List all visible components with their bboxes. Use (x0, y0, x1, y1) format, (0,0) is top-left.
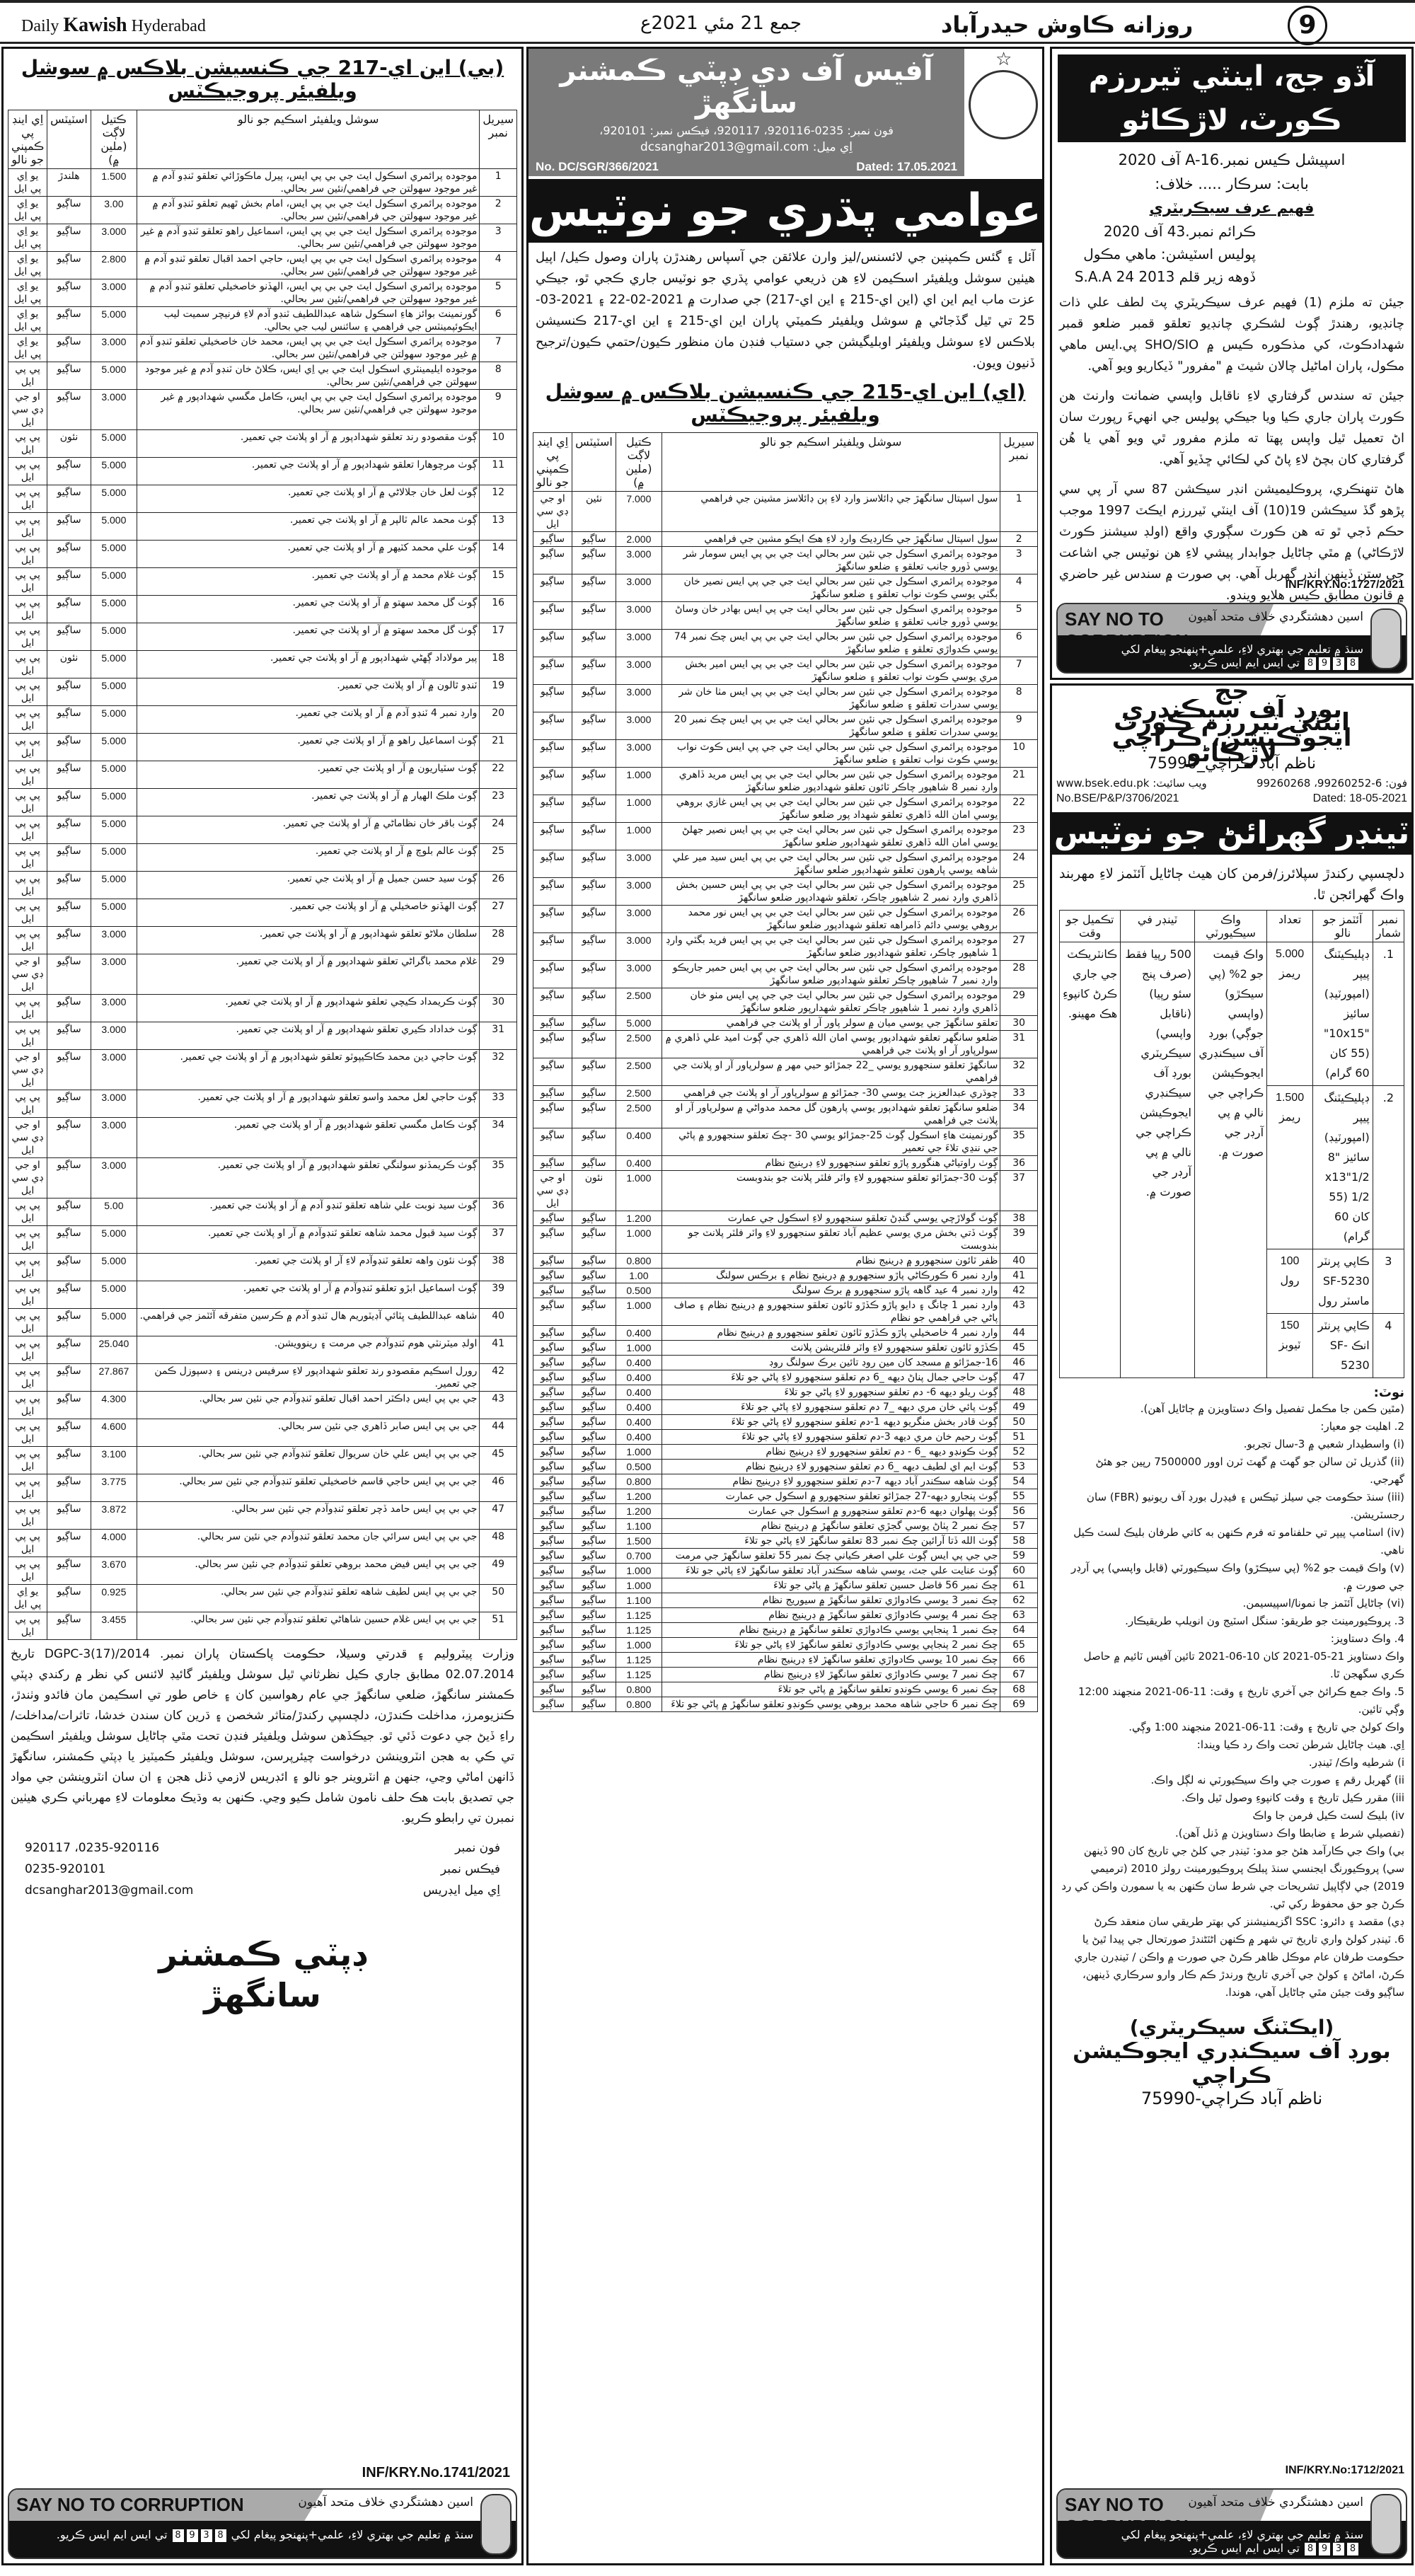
status-cell: ساڳيو (47, 307, 91, 335)
cost-cell: 0.400 (616, 1156, 662, 1171)
quantity-cell: 1.500 ريمز (1267, 1086, 1313, 1249)
serial-cell: 9 (1000, 712, 1038, 740)
company-cell: پي پي ايل (8, 430, 47, 458)
table-header-cell: اِي اينڊ پي ڪمپني جو نالو (533, 433, 572, 492)
table-row: 31ڳوٺ خداداد ڪيري تعلقو شهدادپور ۾ آر او… (8, 1022, 517, 1050)
scheme-name-cell: ضلعو سانگهر تعلقو شهدادپور يوسي امان الل… (662, 1031, 1000, 1058)
status-cell: ساڳيو (47, 390, 91, 430)
status-cell: ساڳيو (47, 1585, 91, 1612)
company-cell: پي پي ايل (8, 844, 47, 872)
cost-cell: 3.100 (91, 1447, 137, 1474)
note-line: iii) مقرر ڪيل تاريخ ۽ وقت کانپوءِ وصول ٿ… (1059, 1789, 1404, 1807)
scheme-name-cell: موجوده پرائمري اسڪول جي نئين سر بحالي اي… (662, 574, 1000, 602)
table-row: 36ڳوٺ سيد نوبت علي شاهه تعلقو ٽنڊو آدم ۾… (8, 1199, 517, 1226)
company-cell: ساڳيو (533, 768, 572, 795)
table-row: 65چڪ نمبر 2 پنجاپي يوسي ڪادواڙي تعلقو سا… (533, 1638, 1038, 1653)
serial-cell: 50 (1000, 1415, 1038, 1430)
cost-cell: 0.400 (616, 1430, 662, 1445)
sms-code-box: 8398 (172, 2529, 227, 2543)
table-row: 61چڪ نمبر 56 فاضل حسين تعلقو سانگهڙ ۾ پا… (533, 1578, 1038, 1593)
company-cell: پي پي ايل (8, 541, 47, 568)
bsek-website-link[interactable]: ويب سائيٽ: www.bsek.edu.pk (1056, 777, 1207, 790)
scheme-name-cell: ضلعو سانگهڙ تعلقو شهدادپور يوسي پارهون گ… (662, 1101, 1000, 1128)
tender-table-wrap: نمبر شمارآئٽمز جو نالوتعدادواڪ سيڪيورٽيٽ… (1052, 910, 1411, 1378)
table-header-cell: سيريل نمبر (1000, 433, 1038, 492)
cost-cell: 7.000 (616, 492, 662, 532)
note-line: i) شرطيه واڪ/ ٽينڊر. (1059, 1754, 1404, 1772)
status-cell: ساڳيو (572, 1370, 616, 1385)
scheme-name-cell: ڳوٺ خداداد ڪيري تعلقو شهدادپور ۾ آر او پ… (137, 1022, 480, 1050)
cost-cell: 5.000 (91, 678, 137, 706)
table-row: 40ظفر ٽائون سنجهورو ۾ ڊرينيج نظام0.800سا… (533, 1254, 1038, 1269)
status-cell: ساڳيو (572, 630, 616, 657)
status-cell: ساڳيو (47, 872, 91, 899)
serial-cell: 4 (480, 252, 517, 279)
status-cell: ساڳيو (572, 657, 616, 685)
status-cell: نئون (47, 651, 91, 678)
table-row: 5موجوده پرائمري اسڪول ايٽ جي بي پي ايس، … (8, 279, 517, 307)
company-cell: پي پي ايل (8, 1022, 47, 1050)
scheme-name-cell: موجوده پرائمري اسڪول جي نئين سر بحالي اي… (662, 768, 1000, 795)
table-row: 50جي بي پي ايس لطيف شاهه تعلقو ٽنڊوآدم ج… (8, 1585, 517, 1612)
status-cell: ساڳيو (572, 1400, 616, 1415)
table-row: 6موجوده پرائمري اسڪول جي نئين سر بحالي ا… (533, 630, 1038, 657)
status-cell: ساڳيو (572, 795, 616, 823)
company-cell: پي پي ايل (8, 761, 47, 789)
cost-cell: 3.000 (616, 657, 662, 685)
scheme-name-cell: چڪ نمبر 2 پٺاڻ يوسي گجڙي تعلقو سانگهڙ ۾ … (662, 1519, 1000, 1534)
cost-cell: 1.000 (616, 1578, 662, 1593)
scheme-name-cell: ڳوٺ گولاڙچي يوسي گنڊڻ تعلقو سنجهورو لاءِ… (662, 1211, 1000, 1226)
scheme-name-cell: ڳوٺ الهڏنو خاصخيلي ۾ آر او پلانٽ جي تعمي… (137, 899, 480, 927)
table-row: 7موجوده پرائمري اسڪول ايٽ جي بي پي ايس، … (8, 335, 517, 362)
company-cell: ساڳيو (533, 1682, 572, 1697)
cost-cell: 1.000 (616, 1445, 662, 1460)
serial-cell: 65 (1000, 1638, 1038, 1653)
note-line: 3. پروڪيورمينٽ جو طريقو: سنگل اسٽيج ون ا… (1059, 1612, 1404, 1630)
table-row: 41اولڊ ميٽرنٽي هوم ٽنڊوآدم جي مرمت ۽ رين… (8, 1336, 517, 1364)
table-row: 27ڳوٺ الهڏنو خاصخيلي ۾ آر او پلانٽ جي تع… (8, 899, 517, 927)
item-name-cell: ڪاپي پرنٽر انڪ SF-5230 (1313, 1314, 1373, 1378)
status-cell: ساڳيو (572, 1101, 616, 1128)
scheme-name-cell: ڳوٺ پهلوان ديهه 6-دم تعلقو سنجهورو ۾ اسڪ… (662, 1504, 1000, 1519)
cost-cell: 3.000 (91, 995, 137, 1022)
status-cell: ساڳيو (47, 1447, 91, 1474)
serial-cell: 45 (1000, 1341, 1038, 1356)
status-cell: ساڳيو (572, 532, 616, 547)
table-row: 9موجوده پرائمري اسڪول ايٽ جي بي پي ايس، … (8, 390, 517, 430)
serial-cell: 48 (1000, 1385, 1038, 1400)
status-cell: ساڳيو (572, 1519, 616, 1534)
table-row: 57چڪ نمبر 2 پٺاڻ يوسي گجڙي تعلقو سانگهڙ … (533, 1519, 1038, 1534)
company-cell: ساڳيو (533, 1226, 572, 1254)
serial-cell: 42 (480, 1364, 517, 1392)
cost-cell: 0.500 (616, 1460, 662, 1474)
table-row: 4موجوده پرائمري اسڪول جي نئين سر بحالي ا… (533, 574, 1038, 602)
serial-cell: 12 (480, 485, 517, 513)
issue-date: جمع 21 مئي 2021ع (640, 13, 802, 34)
cost-cell: 3.000 (91, 390, 137, 430)
section-a-table: سيريل نمبرسوشل ويلفيئر اسڪيم جو نالوڪتيل… (533, 432, 1038, 1712)
company-cell: پي پي ايل (8, 596, 47, 623)
cost-cell: 27.867 (91, 1364, 137, 1392)
table-row: 38ڳوٺ گولاڙچي يوسي گنڊڻ تعلقو سنجهورو لا… (533, 1211, 1038, 1226)
scheme-name-cell: جي بي پي ايس حاجي قاسم خاصخيلي تعلقو ٽنڊ… (137, 1474, 480, 1502)
table-row: 47جي بي پي ايس حامد ڏچر تعلقو ٽنڊوآدم جي… (8, 1502, 517, 1530)
table-row: 30ڳوٺ ڪريمداد ڪيچي تعلقو شهدادپور ۾ آر ا… (8, 995, 517, 1022)
company-cell: ساڳيو (533, 532, 572, 547)
serial-cell: 4 (1000, 574, 1038, 602)
status-cell: ساڳيو (47, 335, 91, 362)
table-row: 44وارڊ نمبر 4 خاصخيلي پاڙو ڪڏڙو ٽائون تع… (533, 1326, 1038, 1341)
cost-cell: 3.000 (616, 740, 662, 768)
cost-cell: 5.000 (91, 458, 137, 485)
cost-cell: 2.500 (616, 1101, 662, 1128)
serial-cell: 6 (1000, 630, 1038, 657)
scheme-name-cell: ڳوٺ رحيم خان مري ديهه 3-دم تعلقو سنجهورو… (662, 1430, 1000, 1445)
banner-sms-text-pre: سنڌ ۾ تعليم جي بهتري لاءِ، علمي+پنهنجو پ… (1121, 642, 1363, 656)
table-header-cell: ڪتيل لاڳت (ملين ۾) (91, 110, 137, 169)
status-cell: ساڳيو (572, 1638, 616, 1653)
note-line: 6. ٽينڊر کولڻ واري تاريخ تي شهر ۾ ڪنهن ا… (1059, 1931, 1404, 2002)
section-b-table-wrap: سيريل نمبرسوشل ويلفيئر اسڪيم جو نالوڪتيل… (4, 110, 521, 1640)
table-row: 49جي بي پي ايس فيض محمد بروهي تعلقو ٽنڊو… (8, 1557, 517, 1585)
contact-label: فيڪس نمبر (441, 1859, 500, 1880)
sms-digit: 8 (1346, 2542, 1359, 2556)
table-row: 33چوڌري عبدالعزيز جٽ يوسي 30- جمڙائو ۾ س… (533, 1086, 1038, 1101)
status-cell: ساڳيو (572, 1445, 616, 1460)
scheme-name-cell: ڳوٺ گل محمد سهتو ۾ آر او پلانٽ جي تعمير. (137, 623, 480, 651)
table-row: 69چڪ نمبر 6 حاجي شاهه محمد بروهي يوسي ڪو… (533, 1697, 1038, 1712)
scheme-name-cell: چوڌري عبدالعزيز جٽ يوسي 30- جمڙائو ۾ سول… (662, 1086, 1000, 1101)
contact-list: فون نمبر0235-920116، 920117فيڪس نمبر0235… (4, 1833, 521, 1905)
company-cell: پي پي ايل (8, 1090, 47, 1118)
banner-sms-text-pre: سنڌ ۾ تعليم جي بهتري لاءِ، علمي+پنهنجو پ… (1121, 2528, 1363, 2541)
serial-cell: 46 (1000, 1356, 1038, 1370)
dc-inf-no: INF/KRY.No.1741/2021 (355, 2462, 517, 2484)
table-row: 41وارڊ نمبر 6 ڪورڪاڻي پاڙو سنجهورو ۾ ڊري… (533, 1269, 1038, 1283)
serial-cell: 45 (480, 1447, 517, 1474)
banner-sindhi-slogan: اسين دهشتگردي خلاف متحد آهيون (1188, 610, 1363, 624)
dc-header: آفيس آف دي ڊپٽي ڪمشنر سانگهڙ فون نمبر: 0… (529, 49, 1042, 176)
cost-cell: 3.000 (91, 1118, 137, 1158)
status-cell: ساڳيو (572, 1460, 616, 1474)
serial-cell: 53 (1000, 1460, 1038, 1474)
cost-cell: 5.000 (91, 706, 137, 734)
serial-cell: 44 (480, 1419, 517, 1447)
table-row: 42رورل اسڪيم مقصودو رند تعلقو شهدادپور ل… (8, 1364, 517, 1392)
serial-cell: 38 (480, 1254, 517, 1281)
company-cell: پي پي ايل (8, 927, 47, 954)
cost-cell: 3.000 (616, 547, 662, 574)
sindhi-title: روزانه ڪاوش حيدرآباد (941, 11, 1193, 38)
status-cell: ساڳيو (47, 954, 91, 995)
note-line: 5. واڪ جمع ڪرائڻ جي آخري تاريخ ۽ وقت: 11… (1059, 1683, 1404, 1719)
scheme-name-cell: گورنمينٽ هاءِ اسڪول ڳوٺ 25-جمڙائو يوسي 3… (662, 1128, 1000, 1156)
company-cell: ساڳيو (533, 712, 572, 740)
cost-cell: 1.200 (616, 1489, 662, 1504)
company-cell: او جي ڊي سي ايل (8, 1118, 47, 1158)
sms-digit: 3 (1332, 2542, 1345, 2556)
note-line: 2. اهليت جو معيار: (1059, 1418, 1404, 1436)
serial-cell: 30 (480, 995, 517, 1022)
cost-cell: 1.000 (616, 795, 662, 823)
status-cell: ساڳيو (572, 712, 616, 740)
table-header-cell: سيريل نمبر (480, 110, 517, 169)
cost-cell: 1.125 (616, 1608, 662, 1623)
table-row: 29غلام محمد باگراڻي تعلقو شهدادپور ۾ آر … (8, 954, 517, 995)
table-row: 59جي جي پي ايس ڳوٺ علي اصغر ڪياني چڪ نمب… (533, 1549, 1038, 1564)
serial-cell: 34 (1000, 1101, 1038, 1128)
company-cell: پي پي ايل (8, 1309, 47, 1336)
scheme-name-cell: وارڊ نمبر 4 خاصخيلي پاڙو ڪڏڙو ٽائون تعلق… (662, 1326, 1000, 1341)
company-cell: ساڳيو (533, 1326, 572, 1341)
quantity-cell: 100 رول (1267, 1249, 1313, 1314)
table-row: 13ڳوٺ محمد عالم ٽالپر ۾ آر او پلانٽ جي ت… (8, 513, 517, 541)
cost-cell: 4.300 (91, 1392, 137, 1419)
company-cell: پي پي ايل (8, 1226, 47, 1254)
serial-cell: 24 (480, 816, 517, 844)
cost-cell: 1.200 (616, 1504, 662, 1519)
scheme-name-cell: ڳوٺ الله ڏتا آرائين چڪ نمبر 83 تعلقو سان… (662, 1534, 1000, 1549)
table-row: 37ڳوٺ سيد قبول محمد شاهه تعلقو ٽنڊوآدم ۾… (8, 1226, 517, 1254)
serial-cell: 52 (1000, 1445, 1038, 1460)
cost-cell: 5.000 (91, 362, 137, 390)
cost-cell: 25.040 (91, 1336, 137, 1364)
scheme-name-cell: ڳوٺ نئون واهه تعلقو ٽنڊوآدم لاءِ آر او پ… (137, 1254, 480, 1281)
table-header-cell: تڪميل جو وقت (1060, 911, 1121, 942)
scheme-name-cell: موجوده پرائمري اسڪول جي نئين سر بحالي اي… (662, 547, 1000, 574)
company-cell: پي پي ايل (8, 872, 47, 899)
table-header-cell: نمبر شمار (1373, 911, 1404, 942)
table-row: 1.ڊپليڪيٽنگ پيپر (امپورٽيڊ) سائيز "10x15… (1060, 942, 1404, 1086)
company-cell: ساڳيو (533, 1400, 572, 1415)
scheme-name-cell: ڳوٺ سيد قبول محمد شاهه تعلقو ٽنڊوآدم ۾ آ… (137, 1226, 480, 1254)
status-cell: ساڳيو (572, 1269, 616, 1283)
serial-cell: 43 (1000, 1298, 1038, 1326)
cost-cell: 0.800 (616, 1254, 662, 1269)
cost-cell: 3.872 (91, 1502, 137, 1530)
serial-cell: 48 (480, 1530, 517, 1557)
sms-digit: 8 (1304, 657, 1317, 671)
status-cell: ساڳيو (47, 1199, 91, 1226)
table-row: 2سول اسپتال سانگهڙ جي ڪارڊيڪ وارڊ لاءِ ه… (533, 532, 1038, 547)
status-cell: ساڳيو (47, 706, 91, 734)
table-row: 45جي بي پي ايس علي خان سريوال تعلقو ٽنڊو… (8, 1447, 517, 1474)
scheme-name-cell: وارڊ نمبر 4 عيد گاهه پاڙو سنجهورو ۾ برڪ … (662, 1283, 1000, 1298)
cost-cell: 3.000 (91, 954, 137, 995)
court-crime-block: ڪرائم نمبر.43 آف 2020 پوليس اسٽيشن: ماهي… (1052, 220, 1411, 288)
cost-cell: 0.700 (616, 1549, 662, 1564)
serial-cell: 33 (480, 1090, 517, 1118)
status-cell: ساڳيو (572, 1016, 616, 1031)
serial-cell: 29 (480, 954, 517, 995)
cost-cell: 5.000 (91, 872, 137, 899)
say-no-to-corruption-banner: SAY NO TO CORRUPTIONاسين دهشتگردي خلاف م… (1056, 603, 1407, 674)
cost-cell: 3.000 (91, 1090, 137, 1118)
cost-cell: 3.000 (616, 574, 662, 602)
table-row: 53ڳوٺ ايم اي لطيف ديهه _6 دم تعلقو سنجهو… (533, 1460, 1038, 1474)
table-row: 34ڳوٺ ڪامل مگسي تعلقو شهدادپور ۾ آر او پ… (8, 1118, 517, 1158)
cost-cell: 1.100 (616, 1519, 662, 1534)
note-line: (مٿين ڪمن جا مڪمل تفصيل واڪ دستاويزن ۾ ڄ… (1059, 1400, 1404, 1418)
company-cell: پي پي ايل (8, 651, 47, 678)
dc-notice-main: آفيس آف دي ڊپٽي ڪمشنر سانگهڙ فون نمبر: 0… (526, 47, 1044, 2565)
serial-cell: 40 (480, 1309, 517, 1336)
company-cell: پي پي ايل (8, 1502, 47, 1530)
serial-cell: 44 (1000, 1326, 1038, 1341)
status-cell: ساڳيو (572, 961, 616, 988)
cost-cell: 0.925 (91, 1585, 137, 1612)
status-cell: ساڳيو (572, 1593, 616, 1608)
serial-cell: 21 (480, 734, 517, 761)
serial-cell: 22 (1000, 795, 1038, 823)
company-cell: پي پي ايل (8, 706, 47, 734)
cost-cell: 3.000 (91, 1158, 137, 1199)
table-row: 8موجوده ايليمينٽري اسڪول ايٽ جي بي اِي ا… (8, 362, 517, 390)
scheme-name-cell: موجوده پرائمري اسڪول جي نئين سر بحالي اي… (662, 657, 1000, 685)
company-cell: پي پي ايل (8, 1281, 47, 1309)
serial-cell: 34 (480, 1118, 517, 1158)
table-row: 51ڳوٺ رحيم خان مري ديهه 3-دم تعلقو سنجهو… (533, 1430, 1038, 1445)
cost-cell: 1.100 (616, 1593, 662, 1608)
table-row: 36ڳوٺ راوتياڻي هنگورو پاڙو تعلقو سنجهورو… (533, 1156, 1038, 1171)
table-row: 68چڪ نمبر 6 يوسي ڪونڊو تعلقو سانگهڙ ۾ پا… (533, 1682, 1038, 1697)
company-cell: ساڳيو (533, 1058, 572, 1086)
serial-cell: 60 (1000, 1564, 1038, 1578)
company-cell: پي پي ايل (8, 1474, 47, 1502)
company-cell: ساڳيو (533, 1578, 572, 1593)
tender-table: نمبر شمارآئٽمز جو نالوتعدادواڪ سيڪيورٽيٽ… (1059, 910, 1404, 1378)
cost-cell: 5.000 (91, 789, 137, 816)
serial-cell: 43 (480, 1392, 517, 1419)
serial-cell: 54 (1000, 1474, 1038, 1489)
company-cell: پي پي ايل (8, 458, 47, 485)
banner-top: SAY NO TO CORRUPTIONاسين دهشتگردي خلاف م… (1058, 2490, 1406, 2521)
sms-digit: 9 (1318, 657, 1331, 671)
company-cell: پي پي ايل (8, 485, 47, 513)
serial-cell: 14 (480, 541, 517, 568)
scheme-name-cell: موجوده پرائمري اسڪول جي نئين سر بحالي اي… (662, 712, 1000, 740)
serial-cell: 7 (1000, 657, 1038, 685)
serial-cell: 32 (480, 1050, 517, 1090)
scheme-name-cell: چڪ نمبر 6 حاجي شاهه محمد بروهي يوسي ڪونڊ… (662, 1697, 1000, 1712)
status-cell: ساڳيو (47, 1254, 91, 1281)
sms-digit: 3 (200, 2529, 213, 2543)
court-notice: آڏو جج، اينٽي ٽيررزم ڪورٽ، لاڙڪاڻو اسپيش… (1050, 47, 1414, 680)
status-cell: ساڳيو (572, 823, 616, 850)
table-row: 30تعلقو سانگهڙ جي يوسي ميان ۾ سولر پاور … (533, 1016, 1038, 1031)
cost-cell: 2.500 (616, 1031, 662, 1058)
cost-cell: 1.000 (616, 1341, 662, 1356)
table-row: 17ڳوٺ گل محمد سهتو ۾ آر او پلانٽ جي تعمي… (8, 623, 517, 651)
banner-sms-text-post: تي ايس ايم ايس ڪريو. (1189, 656, 1300, 669)
serial-cell: 47 (480, 1502, 517, 1530)
table-row: 67چڪ نمبر 7 يوسي ڪادواڙي تعلقو سانگهڙ لا… (533, 1668, 1038, 1682)
company-cell: ساڳيو (533, 740, 572, 768)
table-row: 24ڳوٺ باقر خان نظاماڻي ۾ آر او پلانٽ جي … (8, 816, 517, 844)
status-cell: ساڳيو (572, 1415, 616, 1430)
dc-ref-no: No. DC/SGR/366/2021 (536, 160, 659, 174)
cost-cell: 5.000 (91, 430, 137, 458)
scheme-name-cell: رورل اسڪيم مقصودو رند تعلقو شهدادپور لاء… (137, 1364, 480, 1392)
cost-cell: 5.000 (616, 1016, 662, 1031)
cost-cell: 1.200 (616, 1211, 662, 1226)
banner-english-text: SAY NO TO CORRUPTION (9, 2490, 323, 2521)
table-header-cell: تعداد (1267, 911, 1313, 942)
company-cell: ساڳيو (533, 1549, 572, 1564)
serial-cell: 66 (1000, 1653, 1038, 1668)
table-row: 51جي بي پي ايس غلام حسين شاهاڻي تعلقو ٽن… (8, 1612, 517, 1640)
court-paragraph: جيئن ته ملزم (1) فهيم عرف سيڪريٽري پٽ لط… (1052, 288, 1411, 381)
status-cell: ساڳيو (47, 485, 91, 513)
serial-cell: 33 (1000, 1086, 1038, 1101)
scheme-name-cell: ڳوٺ علي محمد کٽيهر ۾ آر او پلانٽ جي تعمي… (137, 541, 480, 568)
serial-cell: 41 (480, 1336, 517, 1364)
table-row: 43جي بي پي ايس ڊاڪٽر احمد اقبال تعلقو ٽن… (8, 1392, 517, 1419)
status-cell: ساڳيو (572, 602, 616, 630)
scheme-name-cell: گورنمينٽ بوائز هاءِ اسڪول شاهه عبداللطيف… (137, 307, 480, 335)
scheme-name-cell: موجوده پرائمري اسڪول جي نئين سر بحالي اي… (662, 602, 1000, 630)
status-cell: ساڳيو (47, 1419, 91, 1447)
sms-digit: 9 (1318, 2542, 1331, 2556)
contact-value: dcsanghar2013@gmail.com (25, 1880, 193, 1901)
table-row: 62چڪ نمبر 3 يوسي ڪادواڙي تعلقو سانگهڙ ۾ … (533, 1593, 1038, 1608)
status-cell: ساڳيو (47, 1364, 91, 1392)
company-cell: يو اِي پي ايل (8, 169, 47, 197)
company-cell: ساڳيو (533, 1623, 572, 1638)
status-cell: ساڳيو (572, 1608, 616, 1623)
table-row: 9موجوده پرائمري اسڪول جي نئين سر بحالي ا… (533, 712, 1038, 740)
company-cell: ساڳيو (533, 602, 572, 630)
cost-cell: 4.000 (91, 1530, 137, 1557)
sms-digit: 8 (1346, 657, 1359, 671)
scheme-name-cell: وارڊ نمبر 1 چانگ ۽ دايو پاڙو ڪڏڙو ٽائون … (662, 1298, 1000, 1326)
scheme-name-cell: موجوده پرائمري اسڪول جي نئين سر بحالي اي… (662, 878, 1000, 906)
company-cell: يو اِي پي ايل (8, 197, 47, 224)
section-a-title: (اي) اين اي-215 جي ڪنسيشن بلاڪس ۾ سوشل و… (529, 379, 1042, 432)
table-row: 42وارڊ نمبر 4 عيد گاهه پاڙو سنجهورو ۾ بر… (533, 1283, 1038, 1298)
table-row: 35گورنمينٽ هاءِ اسڪول ڳوٺ 25-جمڙائو يوسي… (533, 1128, 1038, 1156)
status-cell: ساڳيو (572, 1682, 616, 1697)
company-cell: ساڳيو (533, 795, 572, 823)
cost-cell: 3.000 (616, 933, 662, 961)
serial-cell: 51 (480, 1612, 517, 1640)
scheme-name-cell: چڪ نمبر 4 يوسي ڪادواڙي تعلقو سانگهڙ ۾ ڊر… (662, 1608, 1000, 1623)
company-cell: پي پي ايل (8, 816, 47, 844)
serial-cell: 28 (480, 927, 517, 954)
tender-fee-cell: 500 رپيا فقط (صرف پنج سئو رپيا) (ناقابل … (1121, 942, 1195, 1378)
company-cell: يو اِي پي ايل (8, 279, 47, 307)
scheme-name-cell: ڳوٺ اسماعيل راهو ۾ آر او پلانٽ جي تعمير. (137, 734, 480, 761)
scheme-name-cell: ظفر ٽائون سنجهورو ۾ ڊرينيج نظام (662, 1254, 1000, 1269)
company-cell: پي پي ايل (8, 899, 47, 927)
status-cell: ساڳيو (47, 1557, 91, 1585)
cost-cell: 1.00 (616, 1269, 662, 1283)
company-cell: ساڳيو (533, 1504, 572, 1519)
status-cell: ساڳيو (47, 1050, 91, 1090)
company-cell: ساڳيو (533, 1341, 572, 1356)
scheme-name-cell: جي بي پي ايس ڊاڪٽر احمد اقبال تعلقو ٽنڊو… (137, 1392, 480, 1419)
scheme-name-cell: وارڊ نمبر 6 ڪورڪاڻي پاڙو سنجهورو ۾ ڊريني… (662, 1269, 1000, 1283)
company-cell: ساڳيو (533, 685, 572, 712)
company-cell: ساڳيو (533, 1608, 572, 1623)
item-name-cell: ڊپليڪيٽنگ پيپر (امپورٽيڊ) سائيز "8 1/2"x… (1313, 1086, 1373, 1249)
status-cell: ساڳيو (47, 1474, 91, 1502)
status-cell: ساڳيو (47, 1309, 91, 1336)
table-row: 21موجوده پرائمري اسڪول جي نئين سر بحالي … (533, 768, 1038, 795)
contact-label: فون نمبر (455, 1837, 500, 1859)
